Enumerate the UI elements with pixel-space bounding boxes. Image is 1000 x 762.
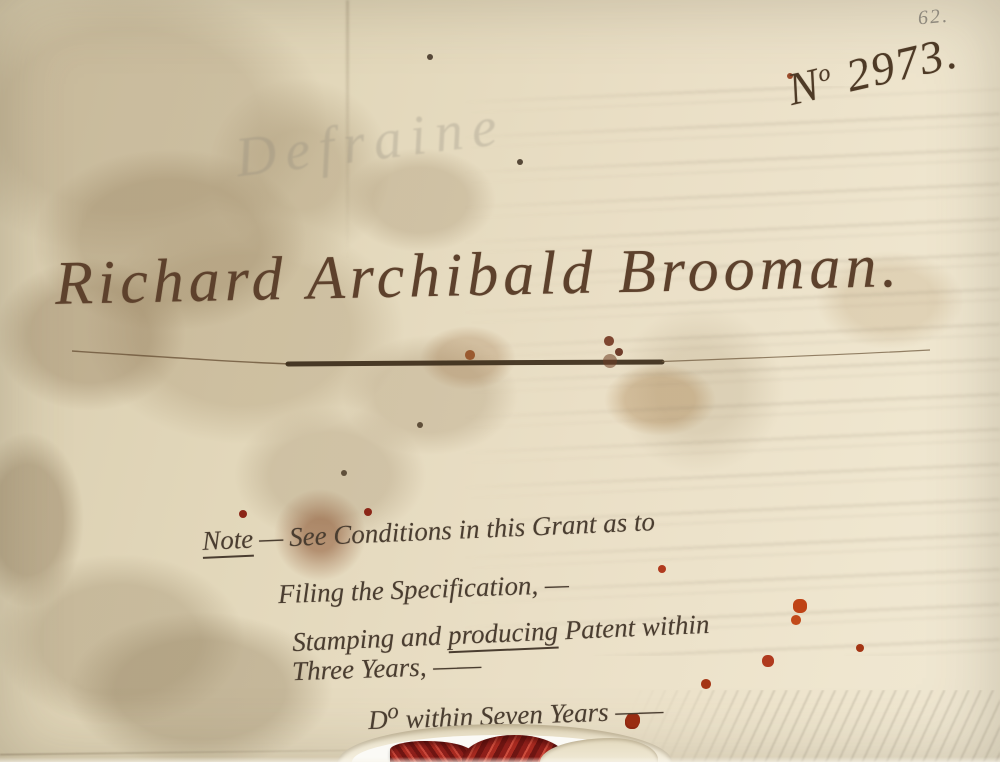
note-line-3-post: Patent within — [557, 609, 710, 646]
pencil-hatching-showthrough — [630, 690, 1000, 762]
note-line-4: Three Years, —— — [292, 650, 482, 688]
note-label: Note — [202, 524, 254, 559]
flourish-underline — [58, 336, 938, 376]
note-separator: — — [252, 522, 289, 554]
bottom-edge-highlight — [0, 757, 1000, 762]
note-line-3-underlined: producing — [447, 616, 558, 654]
note-line-5-abbr-superscript: o — [387, 698, 399, 723]
document-photo: 62. No 2973. Defraine Richard Archibald … — [0, 0, 1000, 762]
wax-and-ink-specks — [0, 0, 4, 4]
note-line-5-abbr: D — [368, 704, 389, 735]
